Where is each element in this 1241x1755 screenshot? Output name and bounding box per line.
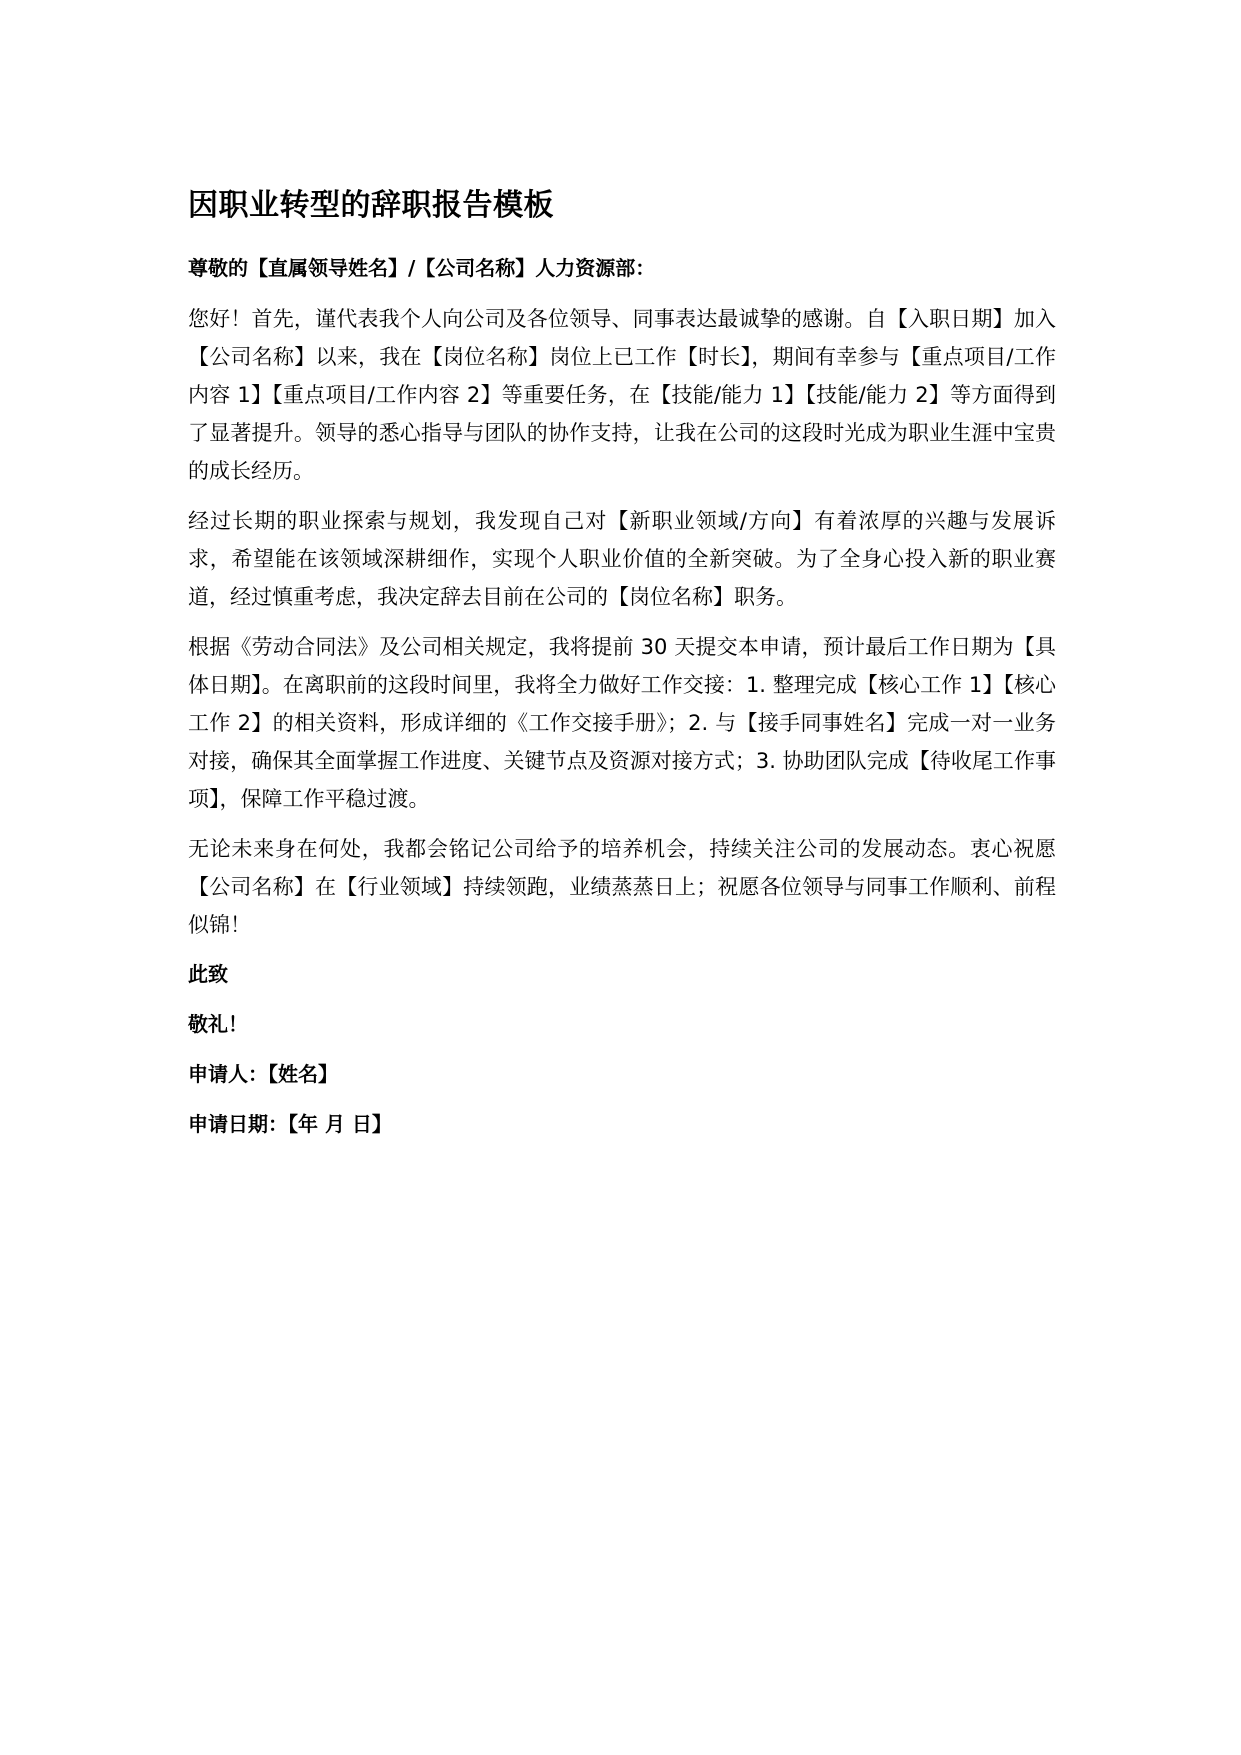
closing-line-2: 敬礼！ — [188, 1006, 1056, 1042]
application-date: 申请日期：【年 月 日】 — [188, 1106, 1056, 1142]
document-page: 因职业转型的辞职报告模板 尊敬的【直属领导姓名】/【公司名称】人力资源部： 您好… — [188, 180, 1056, 1156]
closing-line-1: 此致 — [188, 956, 1056, 992]
paragraph-gratitude: 您好！首先，谨代表我个人向公司及各位领导、同事表达最诚挚的感谢。自【入职日期】加… — [188, 300, 1056, 490]
paragraph-wishes: 无论未来身在何处，我都会铭记公司给予的培养机会，持续关注公司的发展动态。衷心祝愿… — [188, 830, 1056, 944]
applicant-name: 申请人：【姓名】 — [188, 1056, 1056, 1092]
paragraph-handover: 根据《劳动合同法》及公司相关规定，我将提前 30 天提交本申请，预计最后工作日期… — [188, 628, 1056, 818]
salutation: 尊敬的【直属领导姓名】/【公司名称】人力资源部： — [188, 250, 1056, 286]
paragraph-reason: 经过长期的职业探索与规划，我发现自己对【新职业领域/方向】有着浓厚的兴趣与发展诉… — [188, 502, 1056, 616]
document-title: 因职业转型的辞职报告模板 — [188, 180, 1056, 232]
